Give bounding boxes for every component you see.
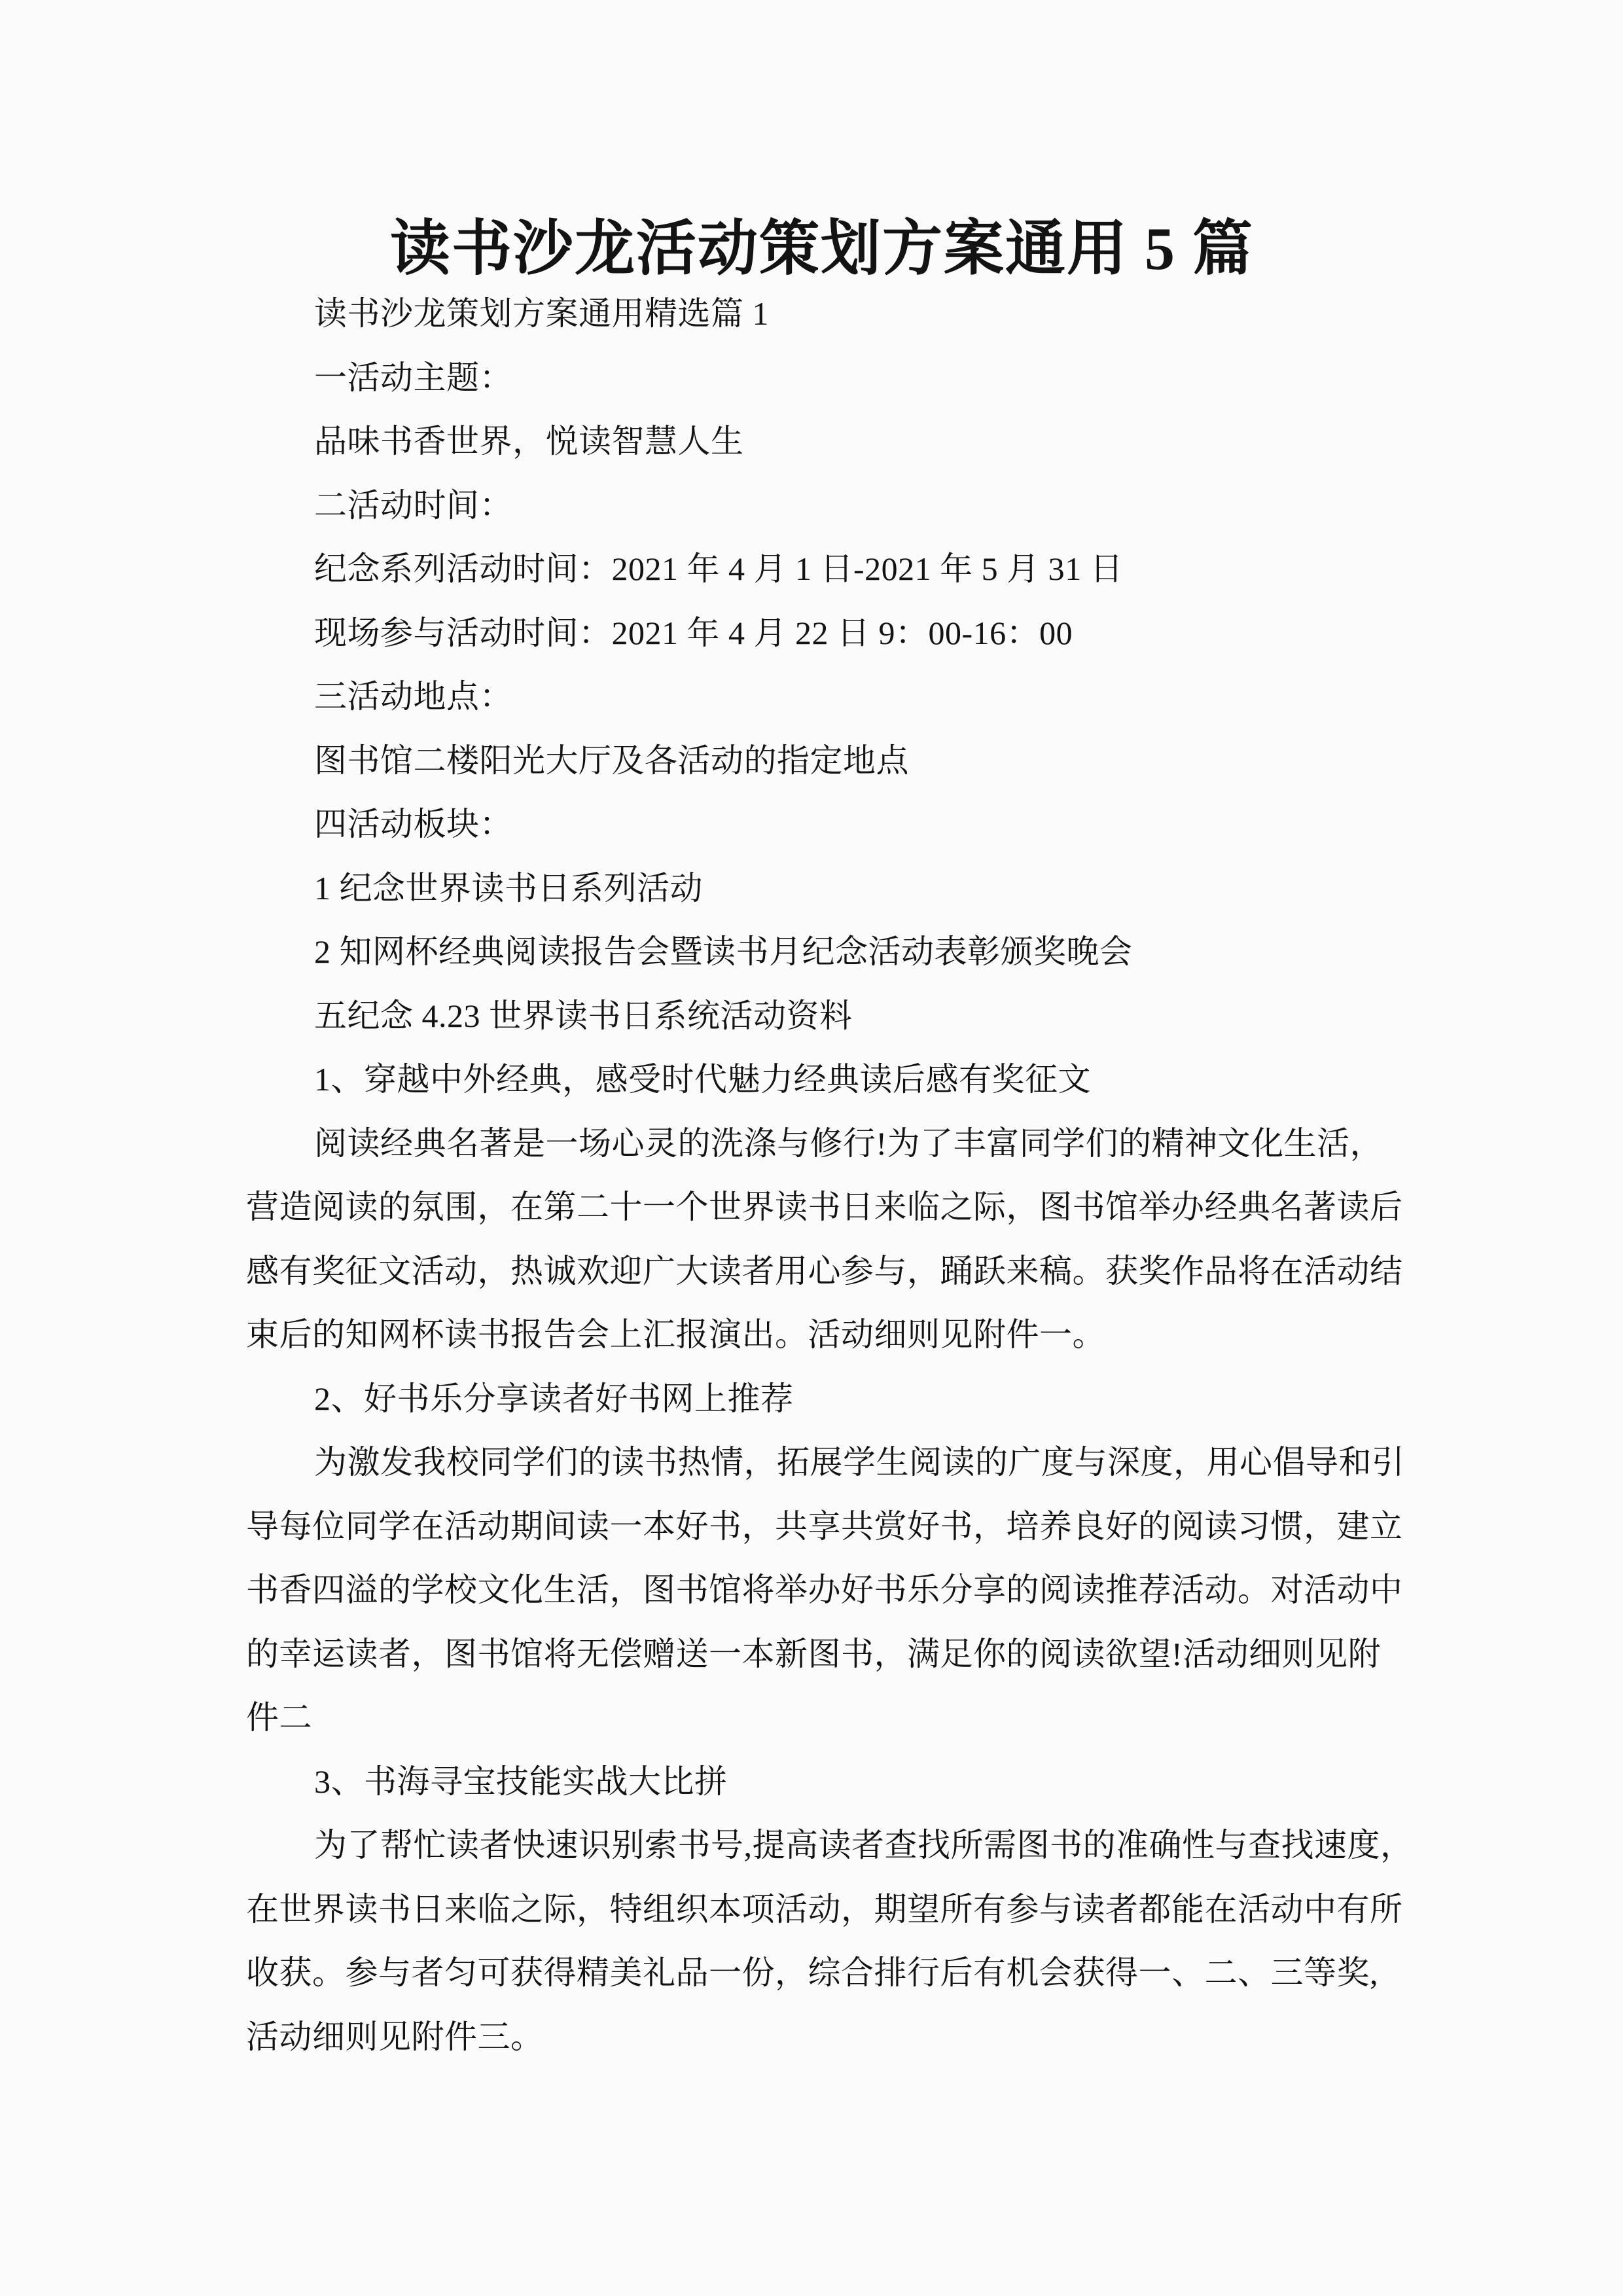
text-line: 在世界读书日来临之际，特组织本项活动，期望所有参与读者都能在活动中有所 (246, 1878, 1414, 1942)
document-title: 读书沙龙活动策划方案通用 5 篇 (246, 208, 1398, 289)
text-line: 1 纪念世界读书日系列活动 (246, 857, 1414, 921)
text-line: 品味书香世界，悦读智慧人生 (246, 410, 1414, 474)
text-line: 收获。参与者匀可获得精美礼品一份，综合排行后有机会获得一、二、三等奖, (246, 1941, 1414, 2005)
text-line: 现场参与活动时间：2021 年 4 月 22 日 9：00-16：00 (246, 601, 1414, 666)
text-line: 2 知网杯经典阅读报告会暨读书月纪念活动表彰颁奖晚会 (246, 920, 1414, 984)
text-line: 纪念系列活动时间：2021 年 4 月 1 日-2021 年 5 月 31 日 (246, 537, 1414, 601)
text-line: 二活动时间： (246, 474, 1414, 538)
text-line: 读书沙龙策划方案通用精选篇 1 (246, 282, 1414, 346)
text-line: 活动细则见附件三。 (246, 2005, 1414, 2070)
text-line: 阅读经典名著是一场心灵的洗涤与修行!为了丰富同学们的精神文化生活， (246, 1112, 1414, 1176)
document-page: 读书沙龙活动策划方案通用 5 篇 读书沙龙策划方案通用精选篇 1一活动主题：品味… (0, 0, 1623, 2296)
text-line: 四活动板块： (246, 793, 1414, 857)
document-body: 读书沙龙策划方案通用精选篇 1一活动主题：品味书香世界，悦读智慧人生二活动时间：… (246, 282, 1414, 2069)
text-line: 的幸运读者，图书馆将无偿赠送一本新图书，满足你的阅读欲望!活动细则见附 (246, 1623, 1414, 1687)
text-line: 2、好书乐分享读者好书网上推荐 (246, 1367, 1414, 1431)
text-line: 导每位同学在活动期间读一本好书，共享共赏好书，培养良好的阅读习惯，建立 (246, 1495, 1414, 1559)
text-line: 件二 (246, 1686, 1414, 1750)
text-line: 为激发我校同学们的读书热情，拓展学生阅读的广度与深度，用心倡导和引 (246, 1431, 1414, 1495)
text-line: 营造阅读的氛围，在第二十一个世界读书日来临之际，图书馆举办经典名著读后 (246, 1175, 1414, 1240)
text-line: 3、书海寻宝技能实战大比拼 (246, 1750, 1414, 1814)
text-line: 书香四溢的学校文化生活，图书馆将举办好书乐分享的阅读推荐活动。对活动中 (246, 1558, 1414, 1623)
text-line: 为了帮忙读者快速识别索书号,提高读者查找所需图书的准确性与查找速度， (246, 1814, 1414, 1878)
text-line: 三活动地点： (246, 665, 1414, 729)
text-line: 五纪念 4.23 世界读书日系统活动资料 (246, 984, 1414, 1049)
text-line: 束后的知网杯读书报告会上汇报演出。活动细则见附件一。 (246, 1303, 1414, 1367)
text-line: 感有奖征文活动，热诚欢迎广大读者用心参与，踊跃来稿。获奖作品将在活动结 (246, 1240, 1414, 1304)
text-line: 图书馆二楼阳光大厅及各活动的指定地点 (246, 729, 1414, 793)
text-line: 一活动主题： (246, 346, 1414, 410)
text-line: 1、穿越中外经典，感受时代魅力经典读后感有奖征文 (246, 1048, 1414, 1112)
